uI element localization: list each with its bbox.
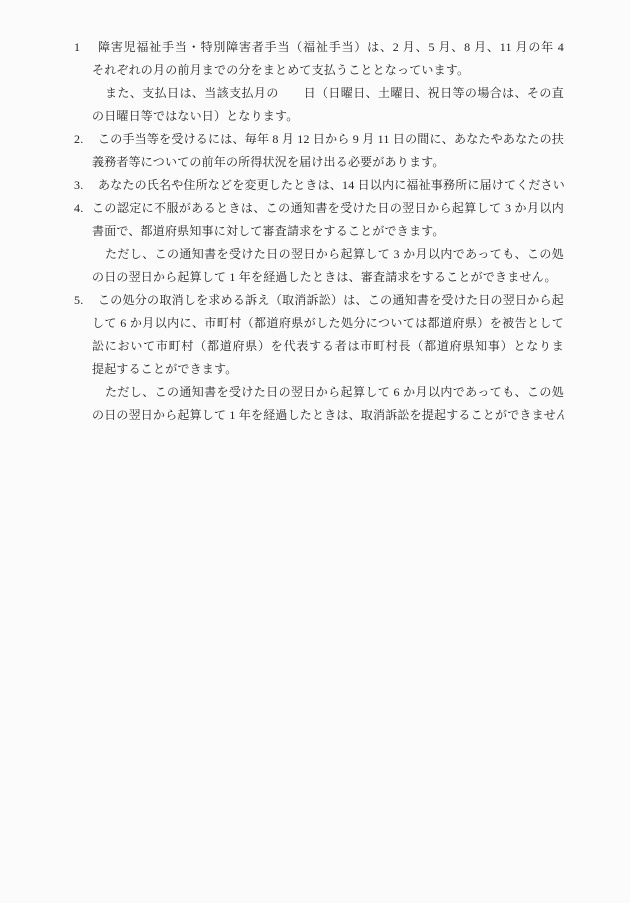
text-line: あなたの氏名や住所などを変更したときは、14 日以内に福祉事務所に届けてください… <box>92 174 564 197</box>
text-line: この認定に不服があるときは、この通知書を受けた日の翌日から起算して 3 か月以内… <box>92 197 564 220</box>
text-line: 訟において市町村（都道府県）を代表する者は市町村長（都道府県知事）となります。）… <box>92 335 564 358</box>
text-line: この手当等を受けるには、毎年 8 月 12 日から 9 月 11 日の間に、あな… <box>92 128 564 151</box>
paragraph: ただし、この通知書を受けた日の翌日から起算して 6 か月以内であっても、この処分… <box>92 381 564 427</box>
paragraph: あなたの氏名や住所などを変更したときは、14 日以内に福祉事務所に届けてください… <box>92 174 564 197</box>
text-line: ただし、この通知書を受けた日の翌日から起算して 6 か月以内であっても、この処分 <box>92 381 564 404</box>
item-number: 1 <box>74 36 80 59</box>
list-item: 4.この認定に不服があるときは、この通知書を受けた日の翌日から起算して 3 か月… <box>72 197 564 289</box>
text-line: ただし、この通知書を受けた日の翌日から起算して 3 か月以内であっても、この処分 <box>92 243 564 266</box>
item-number: 4. <box>74 197 83 220</box>
document-page: 1障害児福祉手当・特別障害者手当（福祉手当）は、2 月、5 月、8 月、11 月… <box>0 0 630 903</box>
paragraph: 障害児福祉手当・特別障害者手当（福祉手当）は、2 月、5 月、8 月、11 月の… <box>92 36 564 82</box>
notice-list: 1障害児福祉手当・特別障害者手当（福祉手当）は、2 月、5 月、8 月、11 月… <box>72 36 564 427</box>
text-line: の日曜日等ではない日）となります。 <box>92 105 564 128</box>
paragraph: この処分の取消しを求める訴え（取消訴訟）は、この通知書を受けた日の翌日から起算し… <box>92 289 564 381</box>
text-line: 義務者等についての前年の所得状況を届け出る必要があります。 <box>92 151 564 174</box>
paragraph: ただし、この通知書を受けた日の翌日から起算して 3 か月以内であっても、この処分… <box>92 243 564 289</box>
text-line: 提起することができます。 <box>92 358 564 381</box>
text-line: して 6 か月以内に、市町村（都道府県がした処分については都道府県）を被告として… <box>92 312 564 335</box>
text-line: この処分の取消しを求める訴え（取消訴訟）は、この通知書を受けた日の翌日から起算 <box>92 289 564 312</box>
paragraph: この認定に不服があるときは、この通知書を受けた日の翌日から起算して 3 か月以内… <box>92 197 564 243</box>
text-line: の日の翌日から起算して 1 年を経過したときは、取消訴訟を提起することができませ… <box>92 404 564 427</box>
paragraph: また、支払日は、当該支払月の 日（日曜日、土曜日、祝日等の場合は、その直前の日曜… <box>92 82 564 128</box>
text-line: また、支払日は、当該支払月の 日（日曜日、土曜日、祝日等の場合は、その直前 <box>92 82 564 105</box>
list-item: 2.この手当等を受けるには、毎年 8 月 12 日から 9 月 11 日の間に、… <box>72 128 564 174</box>
list-item: 1障害児福祉手当・特別障害者手当（福祉手当）は、2 月、5 月、8 月、11 月… <box>72 36 564 128</box>
text-line: 書面で、都道府県知事に対して審査請求をすることができます。 <box>92 220 564 243</box>
text-line: の日の翌日から起算して 1 年を経過したときは、審査請求をすることができません。 <box>92 266 564 289</box>
list-item: 5.この処分の取消しを求める訴え（取消訴訟）は、この通知書を受けた日の翌日から起… <box>72 289 564 427</box>
list-item: 3.あなたの氏名や住所などを変更したときは、14 日以内に福祉事務所に届けてくだ… <box>72 174 564 197</box>
text-line: 障害児福祉手当・特別障害者手当（福祉手当）は、2 月、5 月、8 月、11 月の… <box>92 36 564 59</box>
item-number: 3. <box>74 174 83 197</box>
item-number: 5. <box>74 289 83 312</box>
paragraph: この手当等を受けるには、毎年 8 月 12 日から 9 月 11 日の間に、あな… <box>92 128 564 174</box>
text-line: それぞれの月の前月までの分をまとめて支払うこととなっています。 <box>92 59 564 82</box>
item-number: 2. <box>74 128 83 151</box>
